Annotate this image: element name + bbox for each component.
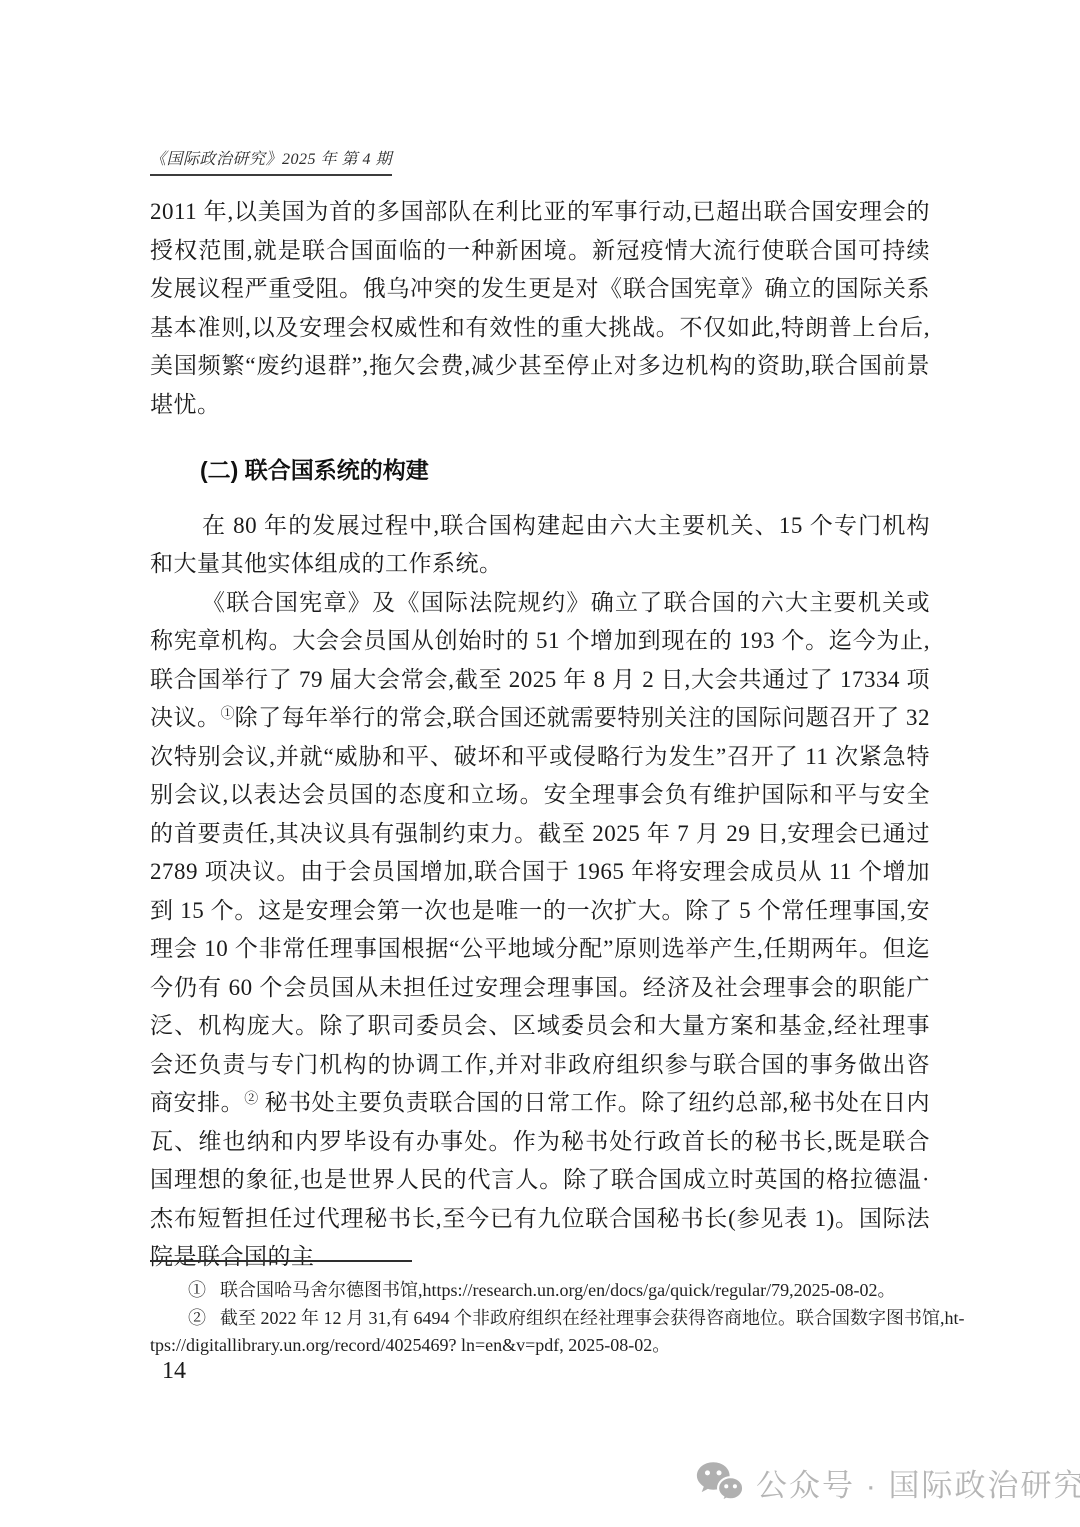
footnote-1-marker: ① [188,1280,206,1300]
wechat-icon [694,1458,746,1506]
footnote-1: ①联合国哈马舍尔德图书馆,https://research.un.org/en/… [150,1277,980,1305]
article-content: 2011 年,以美国为首的多国部队在利比亚的军事行动,已超出联合国安理会的授权范… [150,193,930,1277]
running-header: 《国际政治研究》2025 年 第 4 期 [150,146,392,176]
paragraph-overview: 在 80 年的发展过程中,联合国构建起由六大主要机关、15 个专门机构和大量其他… [150,507,930,584]
paragraph-un-organs: 《联合国宪章》及《国际法院规约》确立了联合国的六大主要机关或称宪章机构。大会会员… [150,584,930,1277]
footnote-2-continuation: tps://digitallibrary.un.org/record/40254… [150,1332,980,1360]
journal-page: 《国际政治研究》2025 年 第 4 期 2011 年,以美国为首的多国部队在利… [0,0,1080,1527]
footnote-separator-rule [150,1260,412,1262]
footnote-2: ②截至 2022 年 12 月 31,有 6494 个非政府组织在经社理事会获得… [150,1305,980,1333]
journal-issue-line: 《国际政治研究》2025 年 第 4 期 [150,146,392,176]
section-heading: (二) 联合国系统的构建 [150,451,930,490]
wechat-watermark: 公众号 · 国际政治研究 [694,1458,1080,1506]
footnotes: ①联合国哈马舍尔德图书馆,https://research.un.org/en/… [150,1277,980,1360]
page-number: 14 [162,1358,186,1385]
footnote-1-text: 联合国哈马舍尔德图书馆,https://research.un.org/en/d… [220,1280,896,1300]
footnote-2-text-line1: 截至 2022 年 12 月 31,有 6494 个非政府组织在经社理事会获得咨… [220,1308,965,1328]
paragraph-continuation: 2011 年,以美国为首的多国部队在利比亚的军事行动,已超出联合国安理会的授权范… [150,193,930,424]
watermark-text: 公众号 · 国际政治研究 [756,1460,1080,1505]
footnote-2-marker: ② [188,1308,206,1328]
